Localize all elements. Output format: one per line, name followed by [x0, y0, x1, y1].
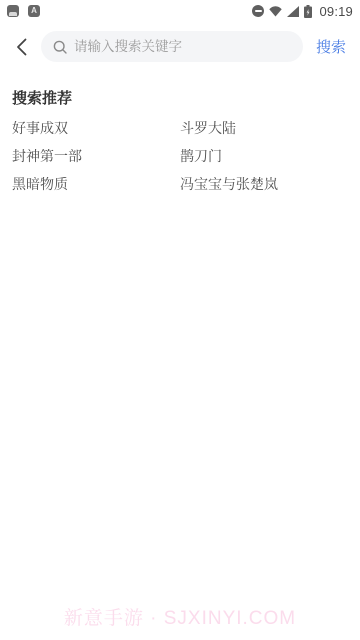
chevron-left-icon [16, 38, 27, 56]
search-header: 搜索 [0, 22, 360, 71]
cellular-signal-icon [287, 6, 299, 17]
back-button[interactable] [8, 32, 34, 62]
battery-charging-icon [304, 5, 312, 18]
notification-app-icon [7, 5, 19, 17]
suggestion-grid: 好事成双 斗罗大陆 封神第一部 鹊刀门 黑暗物质 冯宝宝与张楚岚 [12, 121, 348, 191]
suggestion-item[interactable]: 好事成双 [12, 121, 180, 135]
status-bar: A 09:19 [0, 0, 360, 22]
search-input[interactable] [74, 39, 291, 54]
suggestion-item[interactable]: 黑暗物质 [12, 177, 180, 191]
notification-letter-a-icon: A [28, 5, 40, 17]
search-recommend-section: 搜索推荐 好事成双 斗罗大陆 封神第一部 鹊刀门 黑暗物质 冯宝宝与张楚岚 [0, 87, 360, 191]
suggestion-item[interactable]: 鹊刀门 [180, 149, 348, 163]
status-bar-system: 09:19 [252, 4, 353, 19]
section-title: 搜索推荐 [12, 87, 348, 108]
search-input-container[interactable] [41, 31, 303, 62]
search-submit-button[interactable]: 搜索 [310, 34, 350, 59]
wifi-icon [269, 6, 282, 17]
status-bar-clock: 09:19 [319, 4, 353, 19]
suggestion-item[interactable]: 封神第一部 [12, 149, 180, 163]
site-watermark: 新意手游 · SJXINYI.COM [0, 603, 360, 630]
suggestion-item[interactable]: 斗罗大陆 [180, 121, 348, 135]
status-bar-notifications: A [7, 5, 40, 17]
do-not-disturb-icon [252, 5, 264, 17]
suggestion-item[interactable]: 冯宝宝与张楚岚 [180, 177, 348, 191]
search-page-screen: A 09:19 [0, 0, 360, 640]
search-icon [53, 40, 67, 54]
